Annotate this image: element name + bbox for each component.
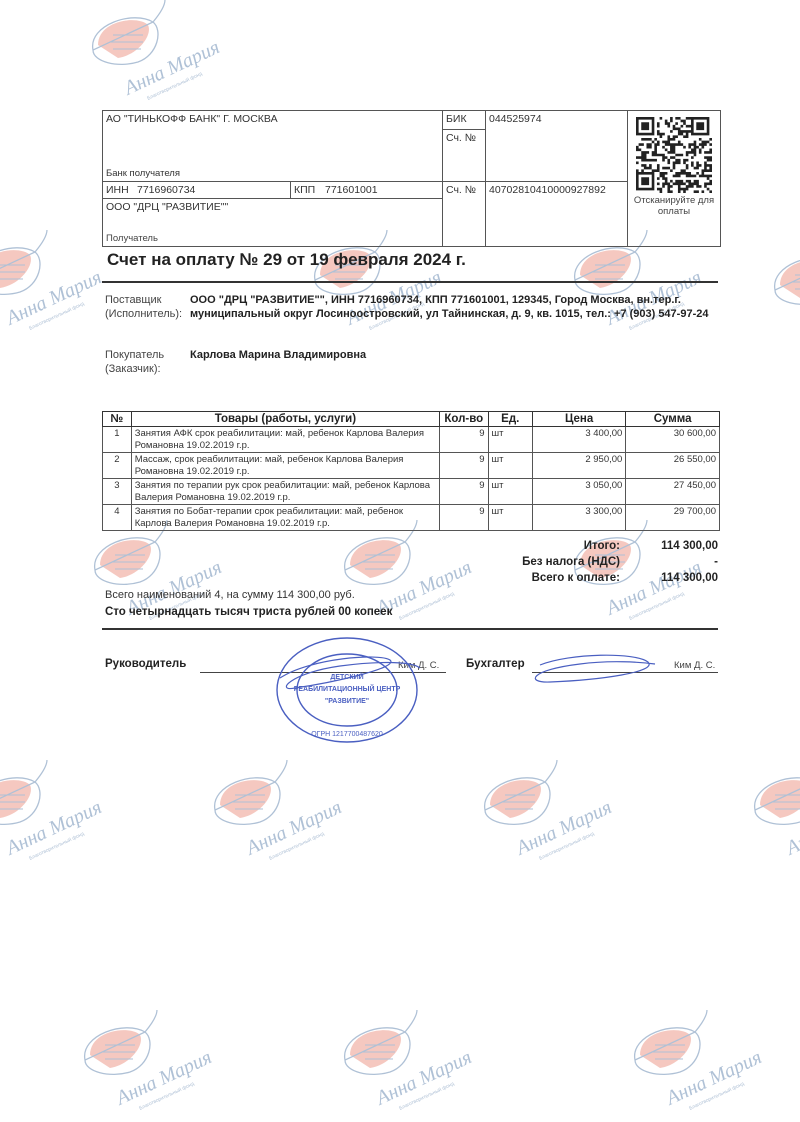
svg-text:РЕАБИЛИТАЦИОННЫЙ ЦЕНТР: РЕАБИЛИТАЦИОННЫЙ ЦЕНТР bbox=[294, 684, 401, 693]
row-qty: 9 bbox=[440, 453, 489, 479]
svg-text:"РАЗВИТИЕ": "РАЗВИТИЕ" bbox=[325, 698, 369, 705]
row-unit: шт bbox=[488, 505, 532, 531]
inn-value: 7716960734 bbox=[134, 181, 291, 198]
svg-text:Анна Мария: Анна Мария bbox=[241, 796, 345, 860]
items-header-row: № Товары (работы, услуги) Кол-во Ед. Цен… bbox=[103, 412, 720, 427]
watermark-logo-icon: Анна Мария Благотворительный фонд bbox=[0, 760, 110, 870]
accountant-signature bbox=[520, 650, 660, 690]
row-goods: Занятия по терапии рук срок реабилитации… bbox=[131, 479, 439, 505]
row-number: 4 bbox=[103, 505, 132, 531]
col-qty: Кол-во bbox=[440, 412, 489, 427]
bank-name: АО "ТИНЬКОФФ БАНК" Г. МОСКВА bbox=[106, 113, 278, 125]
table-row: 3Занятия по терапии рук срок реабилитаци… bbox=[103, 479, 720, 505]
svg-text:Благотворительный фонд: Благотворительный фонд bbox=[28, 300, 85, 332]
totals-block: Итого:114 300,00 Без налога (НДС)- Всего… bbox=[480, 540, 718, 588]
title-divider bbox=[102, 281, 718, 283]
vat-row: Без налога (НДС)- bbox=[480, 556, 718, 572]
svg-text:Анна Мария: Анна Мария bbox=[119, 36, 223, 100]
account-value: 40702810410000927892 bbox=[486, 181, 628, 246]
amount-in-words: Сто четырнадцать тысяч триста рублей 00 … bbox=[105, 606, 392, 618]
svg-text:Анна Мария: Анна Мария bbox=[781, 796, 800, 860]
table-row: 4Занятия по Бобат-терапии срок реабилита… bbox=[103, 505, 720, 531]
row-sum: 26 550,00 bbox=[626, 453, 720, 479]
row-number: 3 bbox=[103, 479, 132, 505]
row-price: 3 050,00 bbox=[532, 479, 625, 505]
svg-text:Анна Мария: Анна Мария bbox=[511, 796, 615, 860]
corr-account-label: Сч. № bbox=[443, 129, 486, 165]
items-count-line: Всего наименований 4, на сумму 114 300,0… bbox=[105, 589, 355, 601]
col-sum: Сумма bbox=[626, 412, 720, 427]
table-row: 2Массаж, срок реабилитации: май, ребенок… bbox=[103, 453, 720, 479]
items-table: № Товары (работы, услуги) Кол-во Ед. Цен… bbox=[102, 411, 720, 531]
svg-text:Благотворительный фонд: Благотворительный фонд bbox=[268, 830, 325, 862]
qr-cell: Отсканируйте для оплаты bbox=[628, 111, 721, 247]
bank-name-cell: АО "ТИНЬКОФФ БАНК" Г. МОСКВА bbox=[103, 111, 443, 166]
svg-text:Благотворительный фонд: Благотворительный фонд bbox=[146, 70, 203, 102]
watermark-logo-icon: Анна Мария Благотворительный фонд bbox=[200, 760, 350, 870]
recipient-label: Получатель bbox=[106, 233, 158, 244]
watermark-logo-icon: Анна Мария Благотворительный фонд bbox=[330, 1010, 480, 1120]
watermark-logo-icon: Анна Мария Благотворительный фонд bbox=[740, 760, 800, 870]
row-number: 2 bbox=[103, 453, 132, 479]
qr-code-icon bbox=[636, 117, 712, 193]
accountant-label: Бухгалтер bbox=[466, 658, 525, 670]
account-label: Сч. № bbox=[443, 181, 486, 246]
row-qty: 9 bbox=[440, 427, 489, 453]
corr-account-value bbox=[486, 165, 628, 181]
row-qty: 9 bbox=[440, 479, 489, 505]
supplier-label: Поставщик (Исполнитель): bbox=[105, 293, 190, 321]
watermark-logo-icon: Анна Мария Благотворительный фонд bbox=[300, 230, 450, 340]
row-price: 2 950,00 bbox=[532, 453, 625, 479]
row-qty: 9 bbox=[440, 505, 489, 531]
bank-label: Банк получателя bbox=[103, 165, 443, 181]
svg-text:Анна Мария: Анна Мария bbox=[1, 796, 105, 860]
bank-details-table: АО "ТИНЬКОФФ БАНК" Г. МОСКВА БИК 0445259… bbox=[102, 110, 721, 247]
svg-text:Благотворительный фонд: Благотворительный фонд bbox=[398, 590, 455, 622]
total-row: Итого:114 300,00 bbox=[480, 540, 718, 556]
row-sum: 30 600,00 bbox=[626, 427, 720, 453]
table-row: 1Занятия АФК срок реабилитации: май, реб… bbox=[103, 427, 720, 453]
supplier-value: ООО "ДРЦ "РАЗВИТИЕ"", ИНН 7716960734, КП… bbox=[190, 293, 715, 321]
col-number: № bbox=[103, 412, 132, 427]
kpp-label: КПП bbox=[291, 181, 323, 198]
svg-text:Благотворительный фонд: Благотворительный фонд bbox=[538, 830, 595, 862]
svg-text:Благотворительный фонд: Благотворительный фонд bbox=[398, 1080, 455, 1112]
svg-text:Анна Мария: Анна Мария bbox=[371, 1046, 475, 1110]
watermark-logo-icon: Анна Мария Благотворительный фонд bbox=[0, 230, 110, 340]
qr-caption: Отсканируйте для оплаты bbox=[631, 195, 717, 217]
row-unit: шт bbox=[488, 427, 532, 453]
col-goods: Товары (работы, услуги) bbox=[131, 412, 439, 427]
head-label: Руководитель bbox=[105, 658, 186, 670]
watermark-logo-icon: Анна Мария Благотворительный фонд bbox=[470, 760, 620, 870]
svg-text:Благотворительный фонд: Благотворительный фонд bbox=[28, 830, 85, 862]
watermark-logo-icon: Анна Мария Благотворительный фонд bbox=[78, 0, 228, 110]
company-stamp: ДЕТСКИЙРЕАБИЛИТАЦИОННЫЙ ЦЕНТР"РАЗВИТИЕ"О… bbox=[272, 630, 422, 750]
watermark-logo-icon: Анна Мария Благотворительный фонд bbox=[560, 230, 710, 340]
watermark-logo-icon: Анна Мария Благотворительный фонд bbox=[70, 1010, 220, 1120]
row-price: 3 300,00 bbox=[532, 505, 625, 531]
bik-value: 044525974 bbox=[486, 111, 628, 166]
row-goods: Занятия АФК срок реабилитации: май, ребе… bbox=[131, 427, 439, 453]
watermark-logo-icon: Анна Мария Благотворительный фонд bbox=[620, 1010, 770, 1120]
kpp-value: 771601001 bbox=[322, 181, 443, 198]
recipient-name: ООО "ДРЦ "РАЗВИТИЕ"" bbox=[106, 201, 439, 213]
due-row: Всего к оплате:114 300,00 bbox=[480, 572, 718, 588]
row-goods: Занятия по Бобат-терапии срок реабилитац… bbox=[131, 505, 439, 531]
row-unit: шт bbox=[488, 479, 532, 505]
accountant-name: Ким Д. С. bbox=[674, 660, 715, 671]
recipient-cell: ООО "ДРЦ "РАЗВИТИЕ"" Получатель bbox=[103, 198, 443, 246]
bik-label: БИК bbox=[443, 111, 486, 130]
watermark-logo-icon: Анна Мария Благотворительный фонд bbox=[760, 240, 800, 350]
svg-text:Благотворительный фонд: Благотворительный фонд bbox=[688, 1080, 745, 1112]
inn-label: ИНН bbox=[103, 181, 135, 198]
svg-text:Благотворительный фонд: Благотворительный фонд bbox=[138, 1080, 195, 1112]
buyer-label: Покупатель (Заказчик): bbox=[105, 348, 190, 376]
row-sum: 29 700,00 bbox=[626, 505, 720, 531]
row-price: 3 400,00 bbox=[532, 427, 625, 453]
row-unit: шт bbox=[488, 453, 532, 479]
col-unit: Ед. bbox=[488, 412, 532, 427]
invoice-title: Счет на оплату № 29 от 19 февраля 2024 г… bbox=[107, 250, 466, 270]
buyer-value: Карлова Марина Владимировна bbox=[190, 348, 715, 362]
svg-text:Анна Мария: Анна Мария bbox=[661, 1046, 765, 1110]
svg-text:ОГРН 1217700487620: ОГРН 1217700487620 bbox=[311, 731, 383, 738]
svg-text:Анна Мария: Анна Мария bbox=[1, 266, 105, 330]
col-price: Цена bbox=[532, 412, 625, 427]
row-sum: 27 450,00 bbox=[626, 479, 720, 505]
svg-text:Благотворительный фонд: Благотворительный фонд bbox=[628, 590, 685, 622]
row-goods: Массаж, срок реабилитации: май, ребенок … bbox=[131, 453, 439, 479]
row-number: 1 bbox=[103, 427, 132, 453]
svg-text:ДЕТСКИЙ: ДЕТСКИЙ bbox=[330, 672, 363, 681]
svg-text:Анна Мария: Анна Мария bbox=[111, 1046, 215, 1110]
